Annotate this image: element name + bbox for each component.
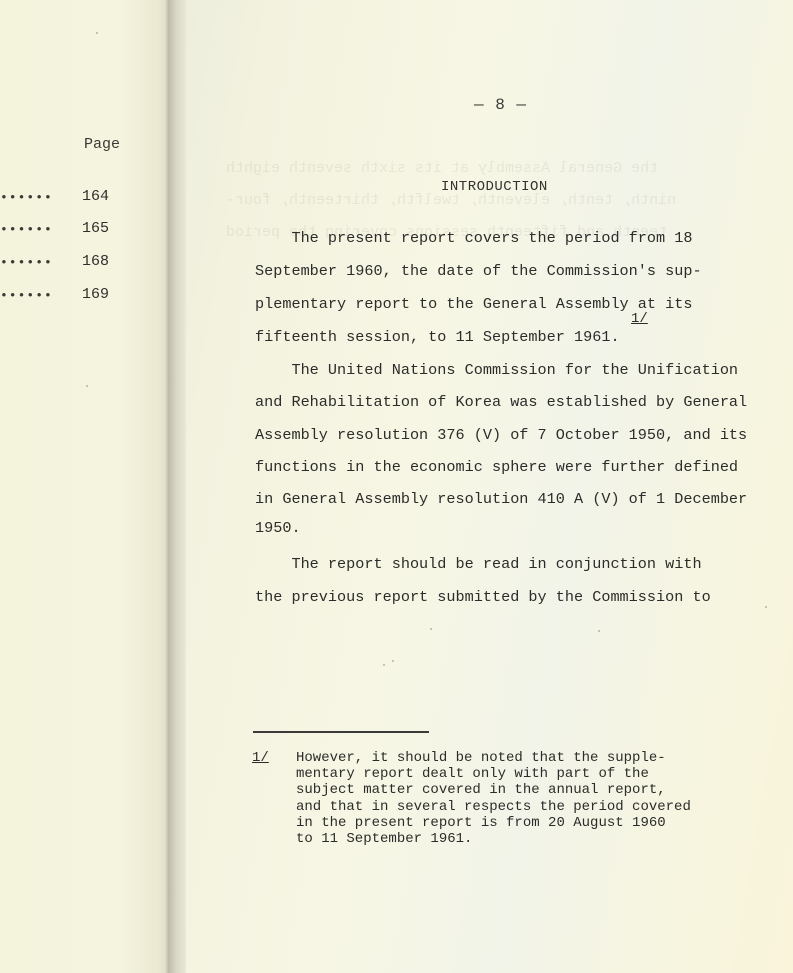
paper-speck xyxy=(430,628,432,630)
toc-leader-dots: •••••• xyxy=(0,255,53,270)
toc-entry: •••••• 164 xyxy=(0,188,172,208)
toc-leader-dots: •••••• xyxy=(0,190,53,205)
footnote-line: However, it should be noted that the sup… xyxy=(296,750,666,766)
paragraph-1-line: September 1960, the date of the Commissi… xyxy=(255,262,702,280)
paragraph-3-line: The report should be read in conjunction… xyxy=(255,555,702,573)
footnote-line: in the present report is from 20 August … xyxy=(296,815,666,831)
left-page: Page •••••• 164 •••••• 165 •••••• 168 ••… xyxy=(0,0,172,973)
paragraph-2-line: Assembly resolution 376 (V) of 7 October… xyxy=(255,426,747,444)
paragraph-2-line: and Rehabilitation of Korea was establis… xyxy=(255,393,747,411)
section-heading: INTRODUCTION xyxy=(441,179,548,195)
toc-page-number: 164 xyxy=(82,188,109,205)
toc-entry: •••••• 165 xyxy=(0,220,172,240)
footnote-reference: 1/ xyxy=(631,311,648,327)
paper-speck xyxy=(765,606,767,608)
bleed-through-text: the General Assembly at its sixth sevent… xyxy=(226,160,658,177)
paper-speck xyxy=(86,385,88,387)
toc-entry: •••••• 168 xyxy=(0,253,172,273)
footnote-line: and that in several respects the period … xyxy=(296,799,691,815)
footnote-marker: 1/ xyxy=(252,750,269,766)
footnote-line: subject matter covered in the annual rep… xyxy=(296,782,666,798)
paragraph-2-line: The United Nations Commission for the Un… xyxy=(255,361,738,379)
footnote-line: mentary report dealt only with part of t… xyxy=(296,766,649,782)
toc-leader-dots: •••••• xyxy=(0,288,53,303)
paragraph-2-line: in General Assembly resolution 410 A (V)… xyxy=(255,490,747,508)
toc-page-number: 165 xyxy=(82,220,109,237)
paragraph-2-line: 1950. xyxy=(255,519,301,537)
toc-entry: •••••• 169 xyxy=(0,286,172,306)
page-number: — 8 — xyxy=(474,96,527,114)
paragraph-1-line: fifteenth session, to 11 September 1961. xyxy=(255,328,620,346)
paragraph-2-line: functions in the economic sphere were fu… xyxy=(255,458,738,476)
footnote-separator xyxy=(253,731,429,733)
paper-speck xyxy=(598,630,600,632)
paper-speck xyxy=(392,660,394,662)
toc-page-number: 169 xyxy=(82,286,109,303)
paragraph-3-line: the previous report submitted by the Com… xyxy=(255,588,711,606)
page-column-label: Page xyxy=(84,136,120,153)
paragraph-1-line: plementary report to the General Assembl… xyxy=(255,295,692,313)
paper-speck xyxy=(383,664,385,666)
paragraph-1-line: The present report covers the period fro… xyxy=(255,229,692,247)
toc-page-number: 168 xyxy=(82,253,109,270)
paper-speck xyxy=(96,32,98,34)
toc-leader-dots: •••••• xyxy=(0,222,53,237)
footnote-line: to 11 September 1961. xyxy=(296,831,472,847)
